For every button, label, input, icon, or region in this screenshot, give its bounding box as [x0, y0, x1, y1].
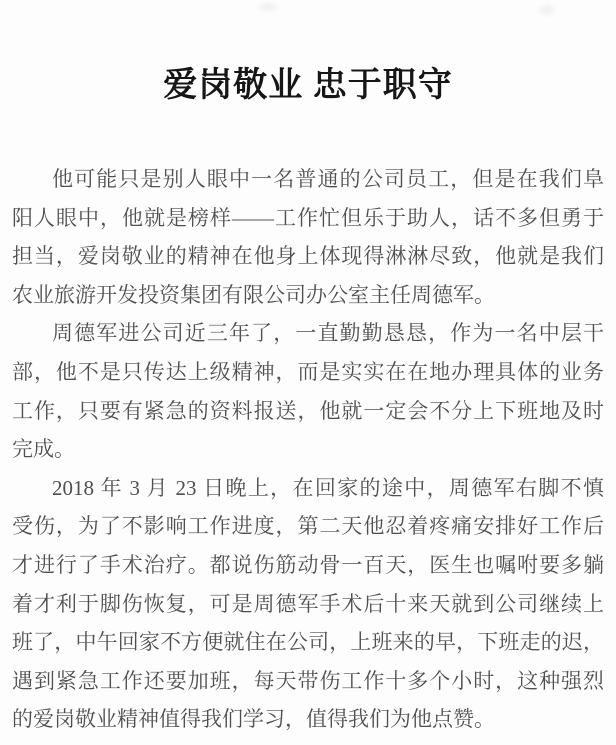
text-line: 完成。: [12, 430, 604, 469]
text-line: 着才利于脚伤恢复，可是周德军手术后十来天就到公司继续上: [12, 585, 604, 624]
document-page: 爱岗敬业 忠于职守 他可能只是别人眼中一名普通的公司员工，但是在我们阜阳人眼中，…: [0, 0, 616, 745]
text-line: 他可能只是别人眼中一名普通的公司员工，但是在我们阜: [12, 160, 604, 199]
text-line: 周德军进公司近三年了，一直勤勤恳恳，作为一名中层干: [12, 314, 604, 353]
text-line: 受伤，为了不影响工作进度，第二天他忍着疼痛安排好工作后: [12, 507, 604, 546]
text-line: 担当，爱岗敬业的精神在他身上体现得淋淋尽致，他就是我们: [12, 237, 604, 276]
text-line: 工作，只要有紧急的资料报送，他就一定会不分上下班地及时: [12, 392, 604, 431]
text-line: 部，他不是只传达上级精神，而是实实在在地办理具体的业务: [12, 353, 604, 392]
scan-smudge: [536, 2, 558, 18]
text-line: 班了，中午回家不方便就住在公司，上班来的早，下班走的迟，: [12, 623, 604, 662]
text-line: 阳人眼中，他就是榜样——工作忙但乐于助人，话不多但勇于: [12, 199, 604, 238]
document-body: 他可能只是别人眼中一名普通的公司员工，但是在我们阜阳人眼中，他就是榜样——工作忙…: [12, 160, 604, 739]
text-line: 2018 年 3 月 23 日晚上，在回家的途中，周德军右脚不慎: [12, 469, 604, 508]
text-line: 的爱岗敬业精神值得我们学习，值得我们为他点赞。: [12, 700, 604, 739]
text-line: 才进行了手术治疗。都说伤筋动骨一百天，医生也嘱咐要多躺: [12, 546, 604, 585]
scan-smudge: [255, 0, 281, 14]
text-line: 农业旅游开发投资集团有限公司办公室主任周德军。: [12, 276, 604, 315]
document-title: 爱岗敬业 忠于职守: [0, 64, 616, 108]
text-line: 遇到紧急工作还要加班，每天带伤工作十多个小时，这种强烈: [12, 662, 604, 701]
